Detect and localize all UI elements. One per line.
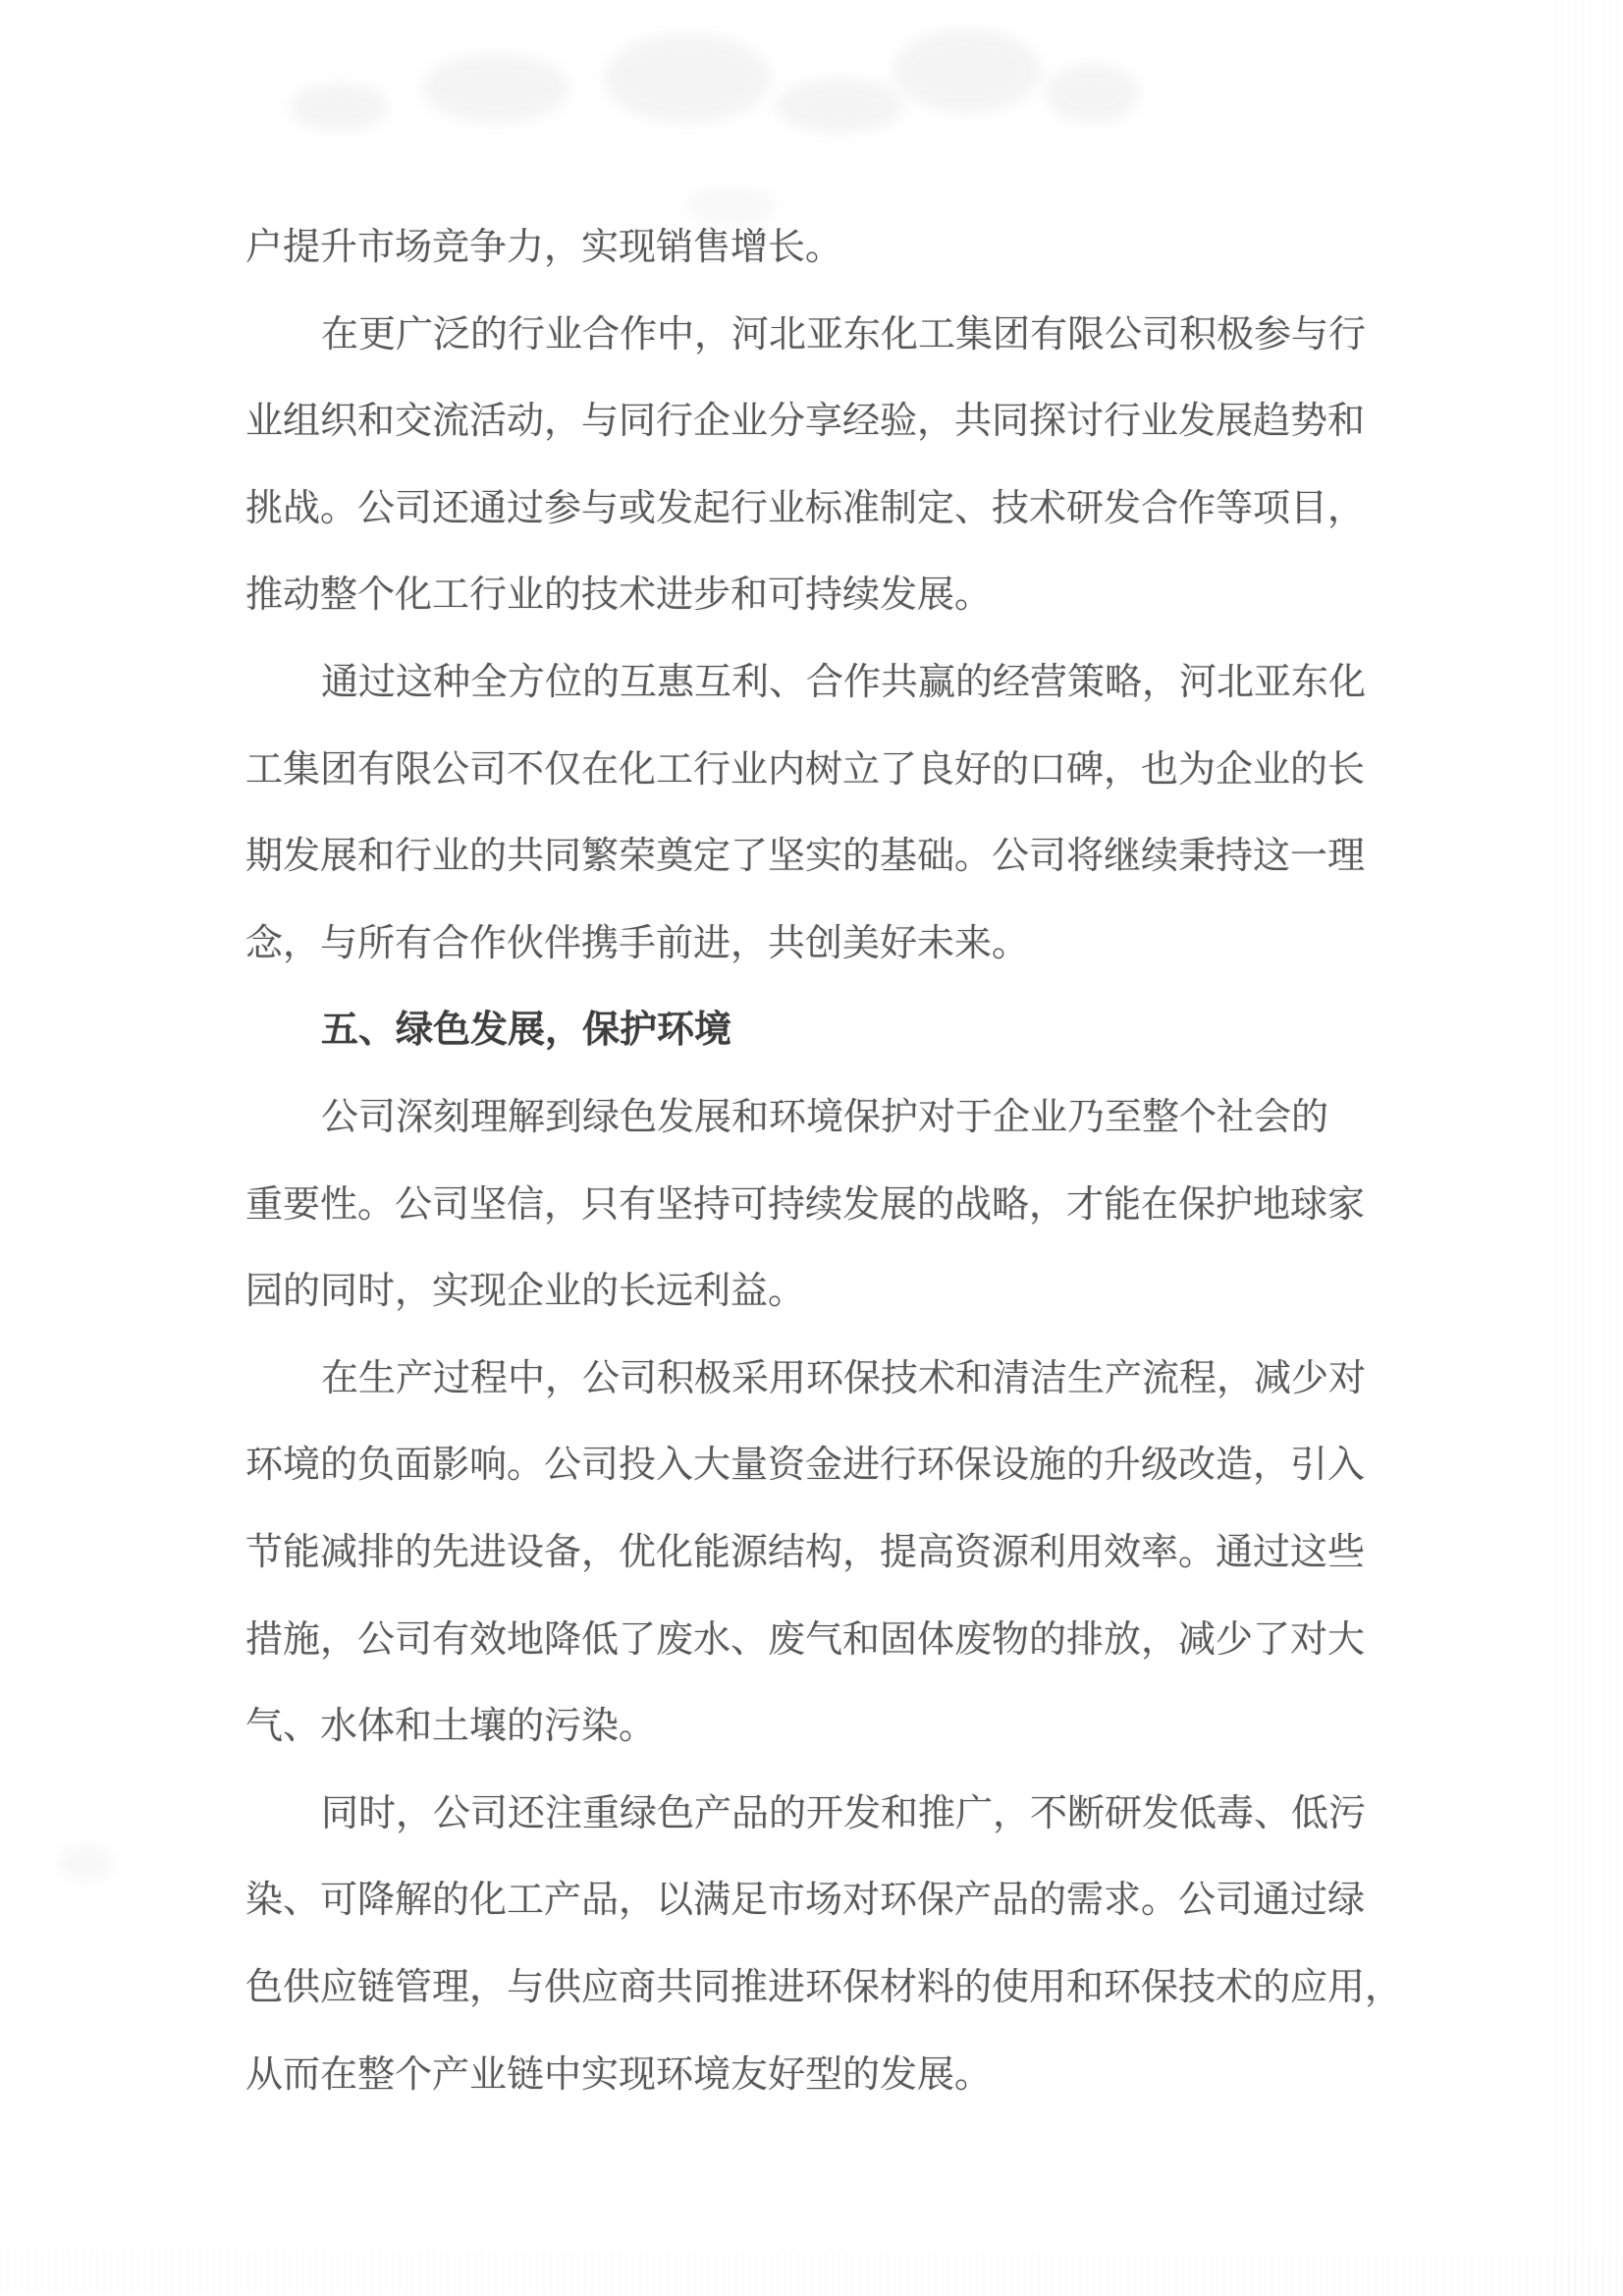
scan-artifact: [893, 29, 1041, 113]
text-line: 户提升市场竞争力，实现销售增长。: [245, 225, 842, 270]
text-line: 环境的负面影响。公司投入大量资金进行环保设施的升级改造，引入: [245, 1443, 1365, 1488]
section-heading: 五、绿色发展，保护环境: [321, 1008, 731, 1053]
text-line: 工集团有限公司不仅在化工行业内树立了良好的口碑，也为企业的长: [245, 747, 1365, 793]
scan-artifact: [59, 1846, 113, 1881]
text-line: 重要性。公司坚信，只有坚持可持续发展的战略，才能在保护地球家: [245, 1182, 1365, 1228]
text-line: 在更广泛的行业合作中，河北亚东化工集团有限公司积极参与行: [321, 312, 1366, 357]
scan-artifact: [1046, 64, 1139, 123]
text-line: 气、水体和土壤的污染。: [245, 1704, 656, 1749]
text-line: 期发展和行业的共同繁荣奠定了坚实的基础。公司将继续秉持这一理: [245, 834, 1365, 879]
text-line: 通过这种全方位的互惠互利、合作共赢的经营策略，河北亚东化: [321, 660, 1366, 705]
text-line: 念，与所有合作伙伴携手前进，共创美好未来。: [245, 921, 1029, 966]
scan-artifact: [776, 79, 903, 133]
scan-artifact: [604, 34, 771, 123]
scan-artifact: [422, 54, 569, 123]
scan-artifact: [290, 83, 388, 131]
text-line: 公司深刻理解到绿色发展和环境保护对于企业乃至整个社会的: [321, 1095, 1328, 1140]
text-line: 推动整个化工行业的技术进步和可持续发展。: [245, 573, 992, 618]
text-line: 染、可降解的化工产品，以满足市场对环保产品的需求。公司通过绿: [245, 1878, 1365, 1923]
text-line: 在生产过程中，公司积极采用环保技术和清洁生产流程，减少对: [321, 1356, 1366, 1401]
text-line: 色供应链管理，与供应商共同推进环保材料的使用和环保技术的应用，: [245, 1965, 1402, 2010]
text-line: 措施，公司有效地降低了废水、废气和固体废物的排放，减少了对大: [245, 1617, 1365, 1663]
document-page: 户提升市场竞争力，实现销售增长。在更广泛的行业合作中，河北亚东化工集团有限公司积…: [0, 0, 1623, 2296]
scan-edge-noise: [0, 2249, 1623, 2296]
text-line: 业组织和交流活动，与同行企业分享经验，共同探讨行业发展趋势和: [245, 399, 1365, 444]
scan-artifact: [687, 187, 776, 226]
text-line: 从而在整个产业链中实现环境友好型的发展。: [245, 2052, 992, 2098]
text-line: 节能减排的先进设备，优化能源结构，提高资源利用效率。通过这些: [245, 1530, 1365, 1575]
text-line: 园的同时，实现企业的长远利益。: [245, 1269, 805, 1314]
text-line: 挑战。公司还通过参与或发起行业标准制定、技术研发合作等项目，: [245, 486, 1365, 531]
text-line: 同时，公司还注重绿色产品的开发和推广，不断研发低毒、低污: [321, 1791, 1366, 1836]
scan-edge-noise: [1554, 0, 1623, 2296]
